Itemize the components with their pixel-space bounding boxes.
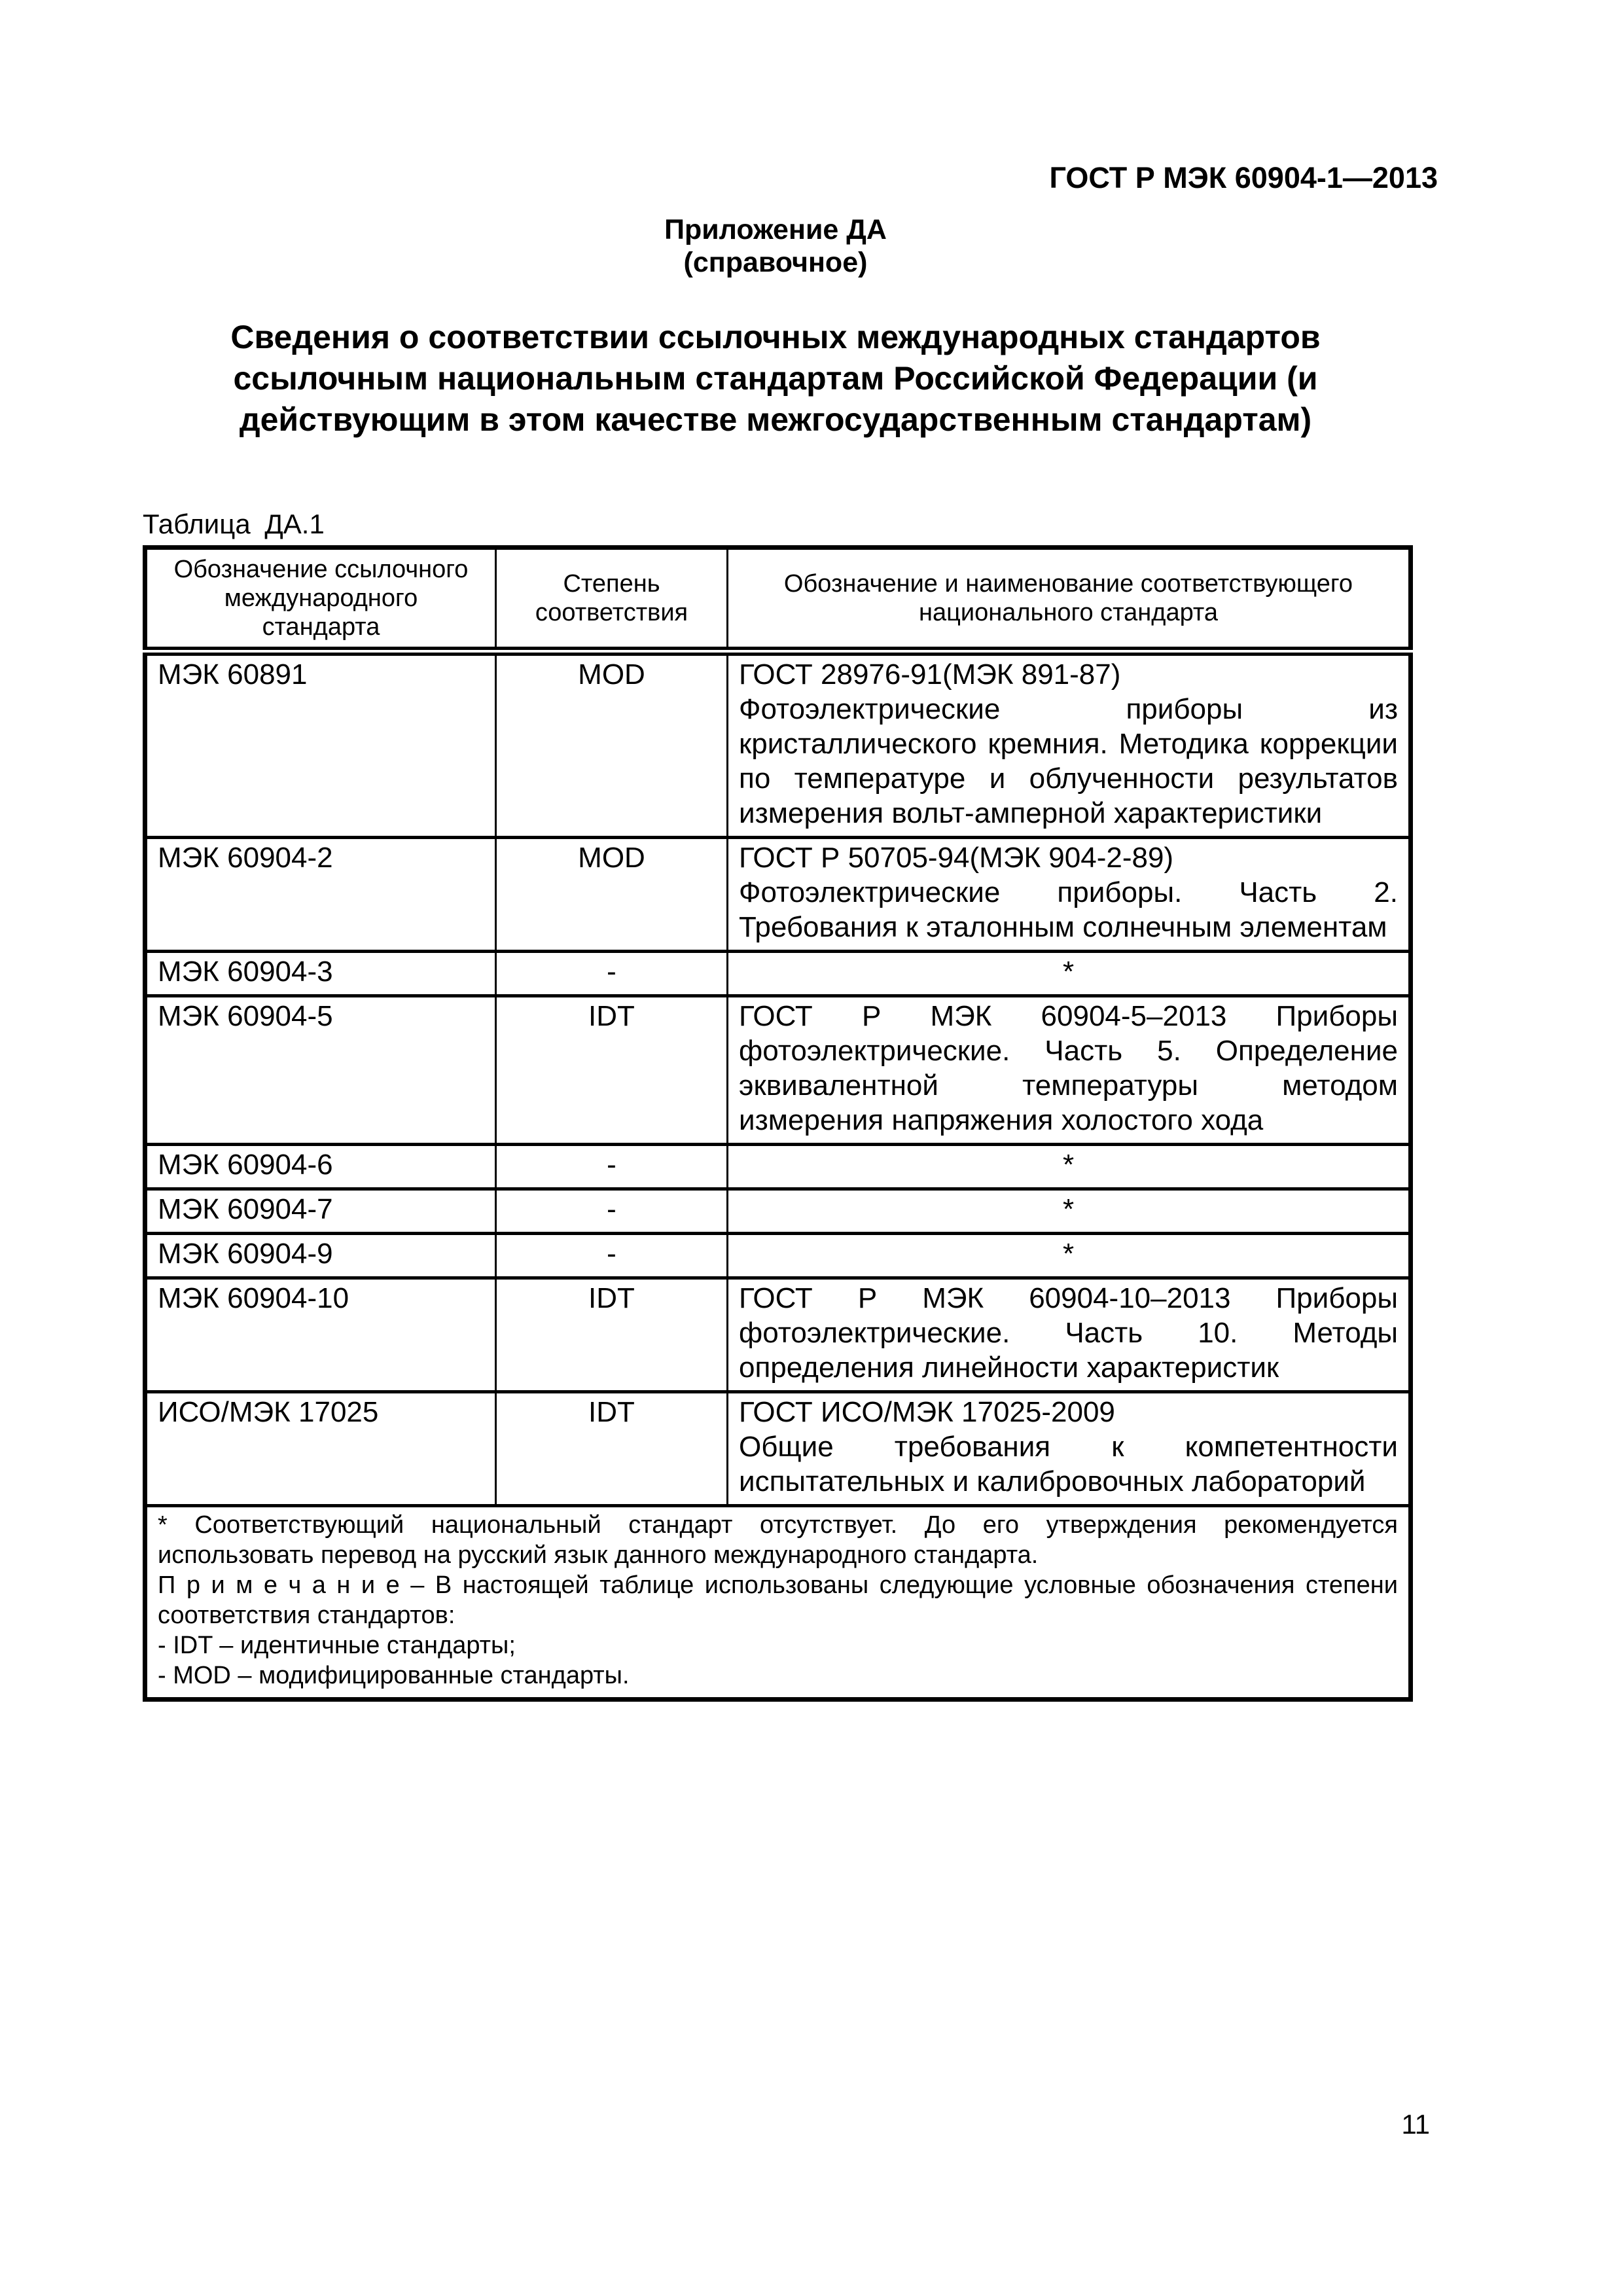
table-row: МЭК 60904-2 MOD ГОСТ Р 50705-94(МЭК 904-…: [145, 838, 1411, 952]
conformity-cell: MOD: [496, 651, 728, 838]
conformity-cell: -: [496, 952, 728, 996]
intl-standard-cell: МЭК 60904-2: [145, 838, 496, 952]
column-header-conformity: Степень соответствия: [496, 548, 728, 652]
national-standard-cell: ГОСТ ИСО/МЭК 17025-2009 Общие требования…: [728, 1392, 1411, 1506]
national-name: ГОСТ Р МЭК 60904-5–2013 Приборы фотоэлек…: [739, 999, 1398, 1138]
page-title: Сведения о соответствии ссылочных междун…: [143, 317, 1408, 440]
footnote-cell: * Соответствующий национальный стандарт …: [145, 1506, 1411, 1700]
national-name: Фотоэлектрические приборы из кристалличе…: [739, 692, 1398, 831]
conformity-cell: -: [496, 1234, 728, 1278]
intl-standard-cell: МЭК 60904-7: [145, 1189, 496, 1234]
reference-standards-table: Обозначение ссылочного международного ст…: [143, 545, 1413, 1702]
appendix-label: Приложение ДА: [143, 213, 1408, 246]
intl-standard-cell: МЭК 60904-9: [145, 1234, 496, 1278]
national-standard-cell: *: [728, 1234, 1411, 1278]
national-standard-cell: ГОСТ Р МЭК 60904-5–2013 Приборы фотоэлек…: [728, 996, 1411, 1145]
intl-standard-cell: МЭК 60904-3: [145, 952, 496, 996]
conformity-cell: IDT: [496, 1278, 728, 1392]
national-standard-cell: *: [728, 1189, 1411, 1234]
appendix-heading: Приложение ДА (справочное): [143, 213, 1408, 279]
page-number: 11: [1401, 2109, 1430, 2140]
national-designation: ГОСТ ИСО/МЭК 17025-2009: [739, 1395, 1398, 1429]
conformity-cell: IDT: [496, 996, 728, 1145]
conformity-cell: IDT: [496, 1392, 728, 1506]
doc-number: ГОСТ Р МЭК 60904-1—2013: [143, 0, 1438, 195]
table-row: ИСО/МЭК 17025 IDT ГОСТ ИСО/МЭК 17025-200…: [145, 1392, 1411, 1506]
table-header-row: Обозначение ссылочного международного ст…: [145, 548, 1411, 652]
table-caption: Таблица ДА.1: [143, 509, 1408, 540]
footnote-item-idt: - IDT – идентичные стандарты;: [158, 1630, 1398, 1660]
intl-standard-cell: МЭК 60891: [145, 651, 496, 838]
footnote-item-mod: - MOD – модифицированные стандарты.: [158, 1660, 1398, 1691]
document-page: ГОСТ Р МЭК 60904-1—2013 Приложение ДА (с…: [0, 0, 1623, 2296]
conformity-cell: MOD: [496, 838, 728, 952]
national-standard-cell: ГОСТ Р МЭК 60904-10–2013 Приборы фотоэле…: [728, 1278, 1411, 1392]
content-area: ГОСТ Р МЭК 60904-1—2013 Приложение ДА (с…: [143, 0, 1408, 1702]
table-row: МЭК 60904-10 IDT ГОСТ Р МЭК 60904-10–201…: [145, 1278, 1411, 1392]
national-designation: ГОСТ 28976-91(МЭК 891-87): [739, 657, 1398, 692]
footnote-note-text: П р и м е ч а н и е – В настоящей таблиц…: [158, 1570, 1398, 1630]
table-row: МЭК 60904-6 - *: [145, 1145, 1411, 1189]
national-standard-cell: *: [728, 952, 1411, 996]
national-name: Общие требования к компетентности испыта…: [739, 1429, 1398, 1499]
table-row: МЭК 60904-9 - *: [145, 1234, 1411, 1278]
intl-standard-cell: МЭК 60904-6: [145, 1145, 496, 1189]
intl-standard-cell: ИСО/МЭК 17025: [145, 1392, 496, 1506]
intl-standard-cell: МЭК 60904-10: [145, 1278, 496, 1392]
intl-standard-cell: МЭК 60904-5: [145, 996, 496, 1145]
national-standard-cell: ГОСТ Р 50705-94(МЭК 904-2-89) Фотоэлектр…: [728, 838, 1411, 952]
conformity-cell: -: [496, 1145, 728, 1189]
table-row: МЭК 60891 MOD ГОСТ 28976-91(МЭК 891-87) …: [145, 651, 1411, 838]
appendix-kind: (справочное): [143, 246, 1408, 279]
table-row: МЭК 60904-3 - *: [145, 952, 1411, 996]
national-standard-cell: ГОСТ 28976-91(МЭК 891-87) Фотоэлектричес…: [728, 651, 1411, 838]
table-row: МЭК 60904-7 - *: [145, 1189, 1411, 1234]
national-designation: ГОСТ Р 50705-94(МЭК 904-2-89): [739, 840, 1398, 875]
national-name: ГОСТ Р МЭК 60904-10–2013 Приборы фотоэле…: [739, 1281, 1398, 1385]
footnote-asterisk-text: * Соответствующий национальный стандарт …: [158, 1510, 1398, 1570]
table-row: МЭК 60904-5 IDT ГОСТ Р МЭК 60904-5–2013 …: [145, 996, 1411, 1145]
column-header-intl-standard: Обозначение ссылочного международного ст…: [145, 548, 496, 652]
table-footnote-row: * Соответствующий национальный стандарт …: [145, 1506, 1411, 1700]
national-standard-cell: *: [728, 1145, 1411, 1189]
conformity-cell: -: [496, 1189, 728, 1234]
column-header-national-standard: Обозначение и наименование соответствующ…: [728, 548, 1411, 652]
national-name: Фотоэлектрические приборы. Часть 2. Треб…: [739, 875, 1398, 944]
